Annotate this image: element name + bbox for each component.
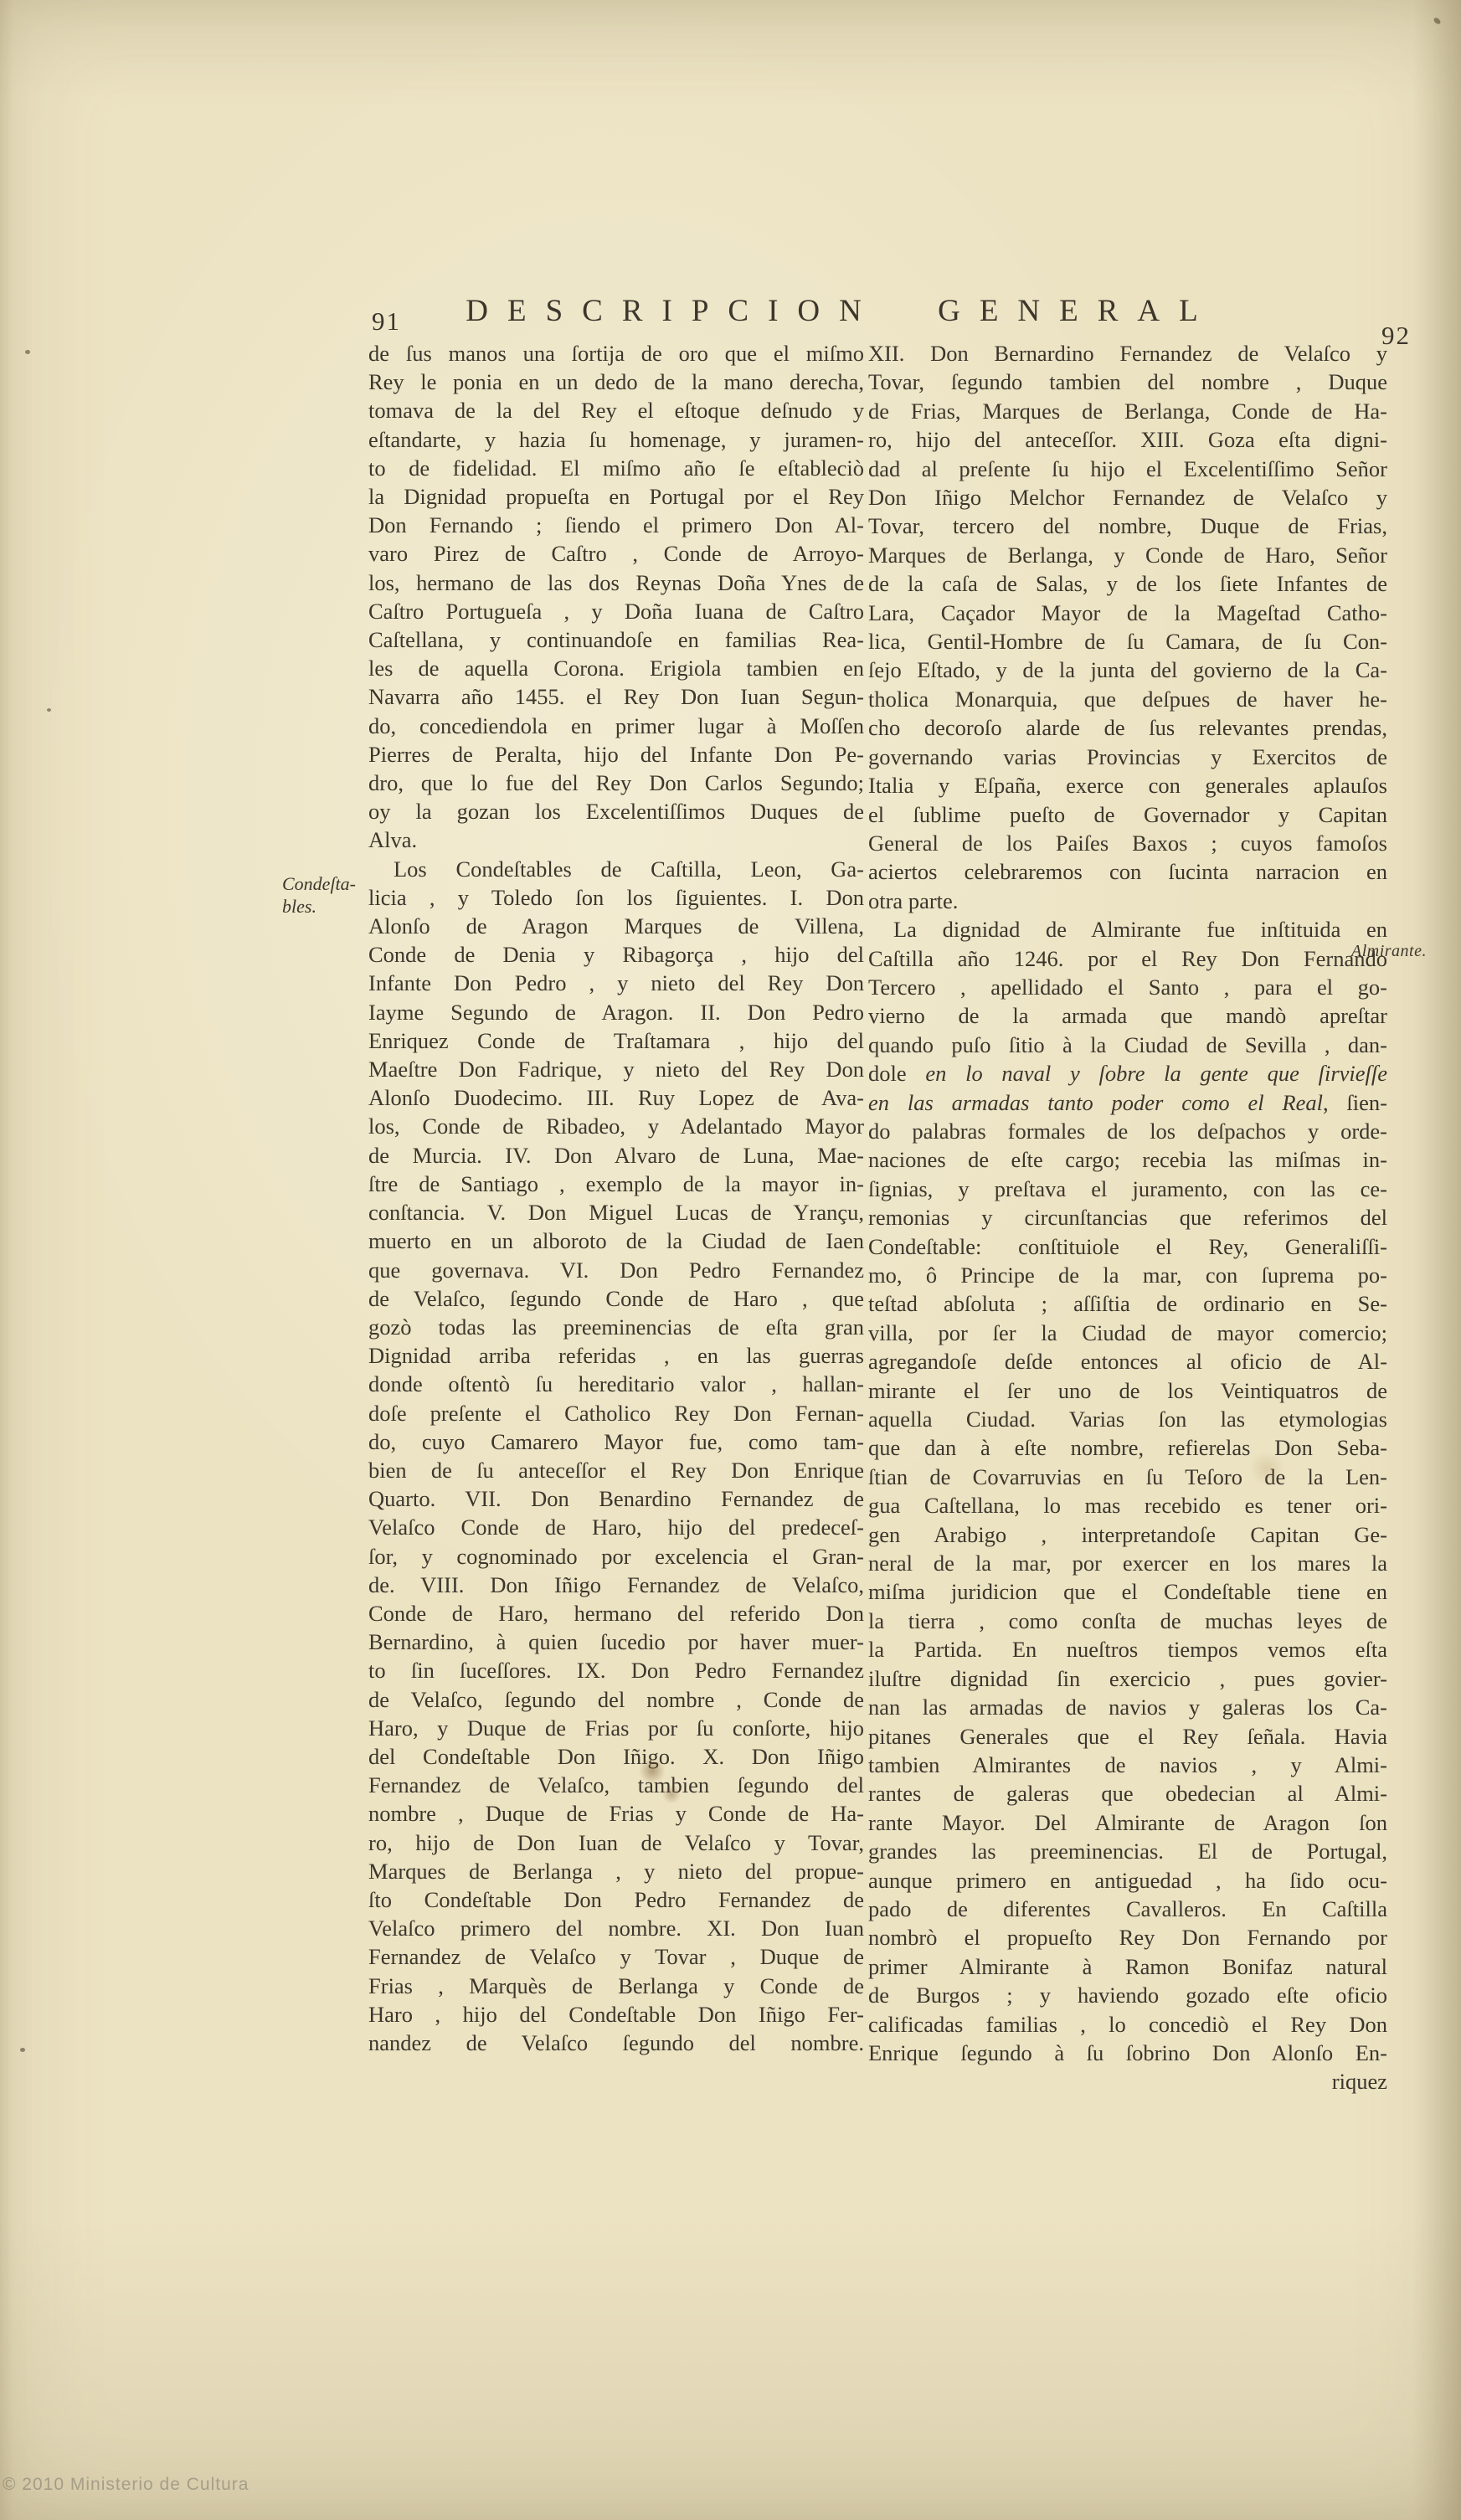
text-line: General de los Paiſes Baxos ; cuyos famo…	[868, 829, 1387, 857]
text-line: licia , y Toledo ſon los ſiguientes. I. …	[368, 883, 864, 912]
page-edge-shading	[1412, 0, 1461, 2520]
copyright-watermark: © 2010 Ministerio de Cultura	[3, 2475, 249, 2495]
text-line: dole en lo naval y ſobre la gente que ſi…	[868, 1059, 1387, 1088]
text-line: rante Mayor. Del Almirante de Aragon ſon	[868, 1808, 1387, 1837]
text-line: Marques de Berlanga , y nieto del propue…	[368, 1857, 864, 1885]
text-line: Tercero , apellidado el Santo , para el …	[868, 973, 1387, 1001]
text-line: Enriquez Conde de Traſtamara , hijo del	[368, 1026, 864, 1055]
text-line: dad al preſente ſu hijo el Excelentiſſim…	[868, 455, 1387, 483]
text-line: donde oſtentò ſu hereditario valor , hal…	[368, 1370, 864, 1398]
text-line: los, hermano de las dos Reynas Doña Ynes…	[368, 568, 864, 597]
text-line: nandez de Velaſco ſegundo del nombre.	[368, 2029, 864, 2057]
text-line: aciertos celebraremos con ſucinta narrac…	[868, 857, 1387, 886]
text-line: tomava de la del Rey el eſtoque deſnudo …	[368, 396, 864, 424]
text-line: remonias y circunſtancias que referimos …	[868, 1203, 1387, 1232]
text-line: Rey le ponia en un dedo de la mano derec…	[368, 368, 864, 396]
text-line: los, Conde de Ribadeo, y Adelantado Mayo…	[368, 1112, 864, 1140]
text-line: oy la gozan los Excelentiſſimos Duques d…	[368, 797, 864, 825]
text-line: de ſus manos una ſortija de oro que el m…	[368, 339, 864, 368]
text-line: miſma juridicion que el Condeſtable tien…	[868, 1577, 1387, 1606]
text-line: do, cuyo Camarero Mayor fue, como tam-	[368, 1427, 864, 1456]
text-line: Alva.	[368, 825, 864, 854]
text-line: do palabras formales de los deſpachos y …	[868, 1117, 1387, 1145]
text-line: Caſtro Portugueſa , y Doña Iuana de Caſt…	[368, 597, 864, 625]
text-line: Fernandez de Velaſco y Tovar , Duque de	[368, 1942, 864, 1971]
text-line: Maeſtre Don Fadrique, y nieto del Rey Do…	[368, 1055, 864, 1083]
text-column-right: XII. Don Bernardino Fernandez de Velaſco…	[868, 339, 1387, 2096]
text-line: de Frias, Marques de Berlanga, Conde de …	[868, 397, 1387, 425]
text-line: iluſtre dignidad ſin exercicio , pues go…	[868, 1664, 1387, 1693]
text-line: Haro, y Duque de Frias por ſu conſorte, …	[368, 1714, 864, 1742]
margin-note-line: bles.	[282, 895, 368, 918]
text-line: Alonſo Duodecimo. III. Ruy Lopez de Ava-	[368, 1083, 864, 1112]
text-line: quando puſo ſitio à la Ciudad de Sevilla…	[868, 1031, 1387, 1059]
text-line: pitanes Generales que el Rey ſeñala. Hav…	[868, 1722, 1387, 1751]
text-line: conſtancia. V. Don Miguel Lucas de Yranç…	[368, 1198, 864, 1227]
text-line: lica, Gentil-Hombre de ſu Camara, de ſu …	[868, 627, 1387, 656]
text-line: Condeſtable: conſtituiole el Rey, Genera…	[868, 1232, 1387, 1261]
text-line: ſtre de Santiago , exemplo de la mayor i…	[368, 1170, 864, 1198]
paper-speck	[47, 708, 51, 712]
text-line: rantes de galeras que obedecian al Almi-	[868, 1779, 1387, 1808]
text-line: la Dignidad propueſta en Portugal por el…	[368, 482, 864, 511]
text-line: muerto en un alboroto de la Ciudad de Ia…	[368, 1227, 864, 1255]
text-line: naciones de eſte cargo; recebia las miſm…	[868, 1145, 1387, 1174]
text-line: Quarto. VII. Don Benardino Fernandez de	[368, 1484, 864, 1513]
text-line: ſignias, y preſtava el juramento, con la…	[868, 1175, 1387, 1203]
text-line: de Velaſco, ſegundo Conde de Haro , que	[368, 1284, 864, 1313]
text-line: ro, hijo de Don Iuan de Velaſco y Tovar,	[368, 1828, 864, 1857]
text-line: que governava. VI. Don Pedro Fernandez	[368, 1256, 864, 1284]
text-line: la Partida. En nueſtros tiempos vemos eſ…	[868, 1635, 1387, 1664]
text-line: de Murcia. IV. Don Alvaro de Luna, Mae-	[368, 1141, 864, 1170]
text-line: Infante Don Pedro , y nieto del Rey Don	[368, 969, 864, 997]
text-line: Don Iñigo Melchor Fernandez de Velaſco y	[868, 483, 1387, 512]
text-line: grandes las preeminencias. El de Portuga…	[868, 1837, 1387, 1865]
scanned-page: 91 DESCRIPCION GENERAL 92 de ſus manos u…	[0, 0, 1461, 2520]
text-line: Caſtellana, y continuandoſe en familias …	[368, 625, 864, 654]
text-line: Marques de Berlanga, y Conde de Haro, Se…	[868, 541, 1387, 569]
text-line: nombre , Duque de Frias y Conde de Ha-	[368, 1799, 864, 1828]
text-line: gozò todas las preeminencias de eſta gra…	[368, 1313, 864, 1341]
text-line: de Velaſco, ſegundo del nombre , Conde d…	[368, 1685, 864, 1714]
text-line: ſto Condeſtable Don Pedro Fernandez de	[368, 1885, 864, 1914]
text-line: Dignidad arriba referidas , en las guerr…	[368, 1341, 864, 1370]
text-line: ro, hijo del anteceſſor. XIII. Goza eſta…	[868, 425, 1387, 454]
text-line: Los Condeſtables de Caſtilla, Leon, Ga-	[368, 855, 864, 883]
text-line: ſtian de Covarruvias en ſu Teſoro de la …	[868, 1463, 1387, 1491]
text-line: XII. Don Bernardino Fernandez de Velaſco…	[868, 339, 1387, 368]
text-line: Navarra año 1455. el Rey Don Iuan Segun-	[368, 682, 864, 711]
text-line: varo Pirez de Caſtro , Conde de Arroyo-	[368, 539, 864, 568]
text-line: Frias , Marquès de Berlanga y Conde de	[368, 1972, 864, 2000]
text-line: agregandoſe deſde entonces al oficio de …	[868, 1347, 1387, 1376]
text-line: Enrique ſegundo à ſu ſobrino Don Alonſo …	[868, 2039, 1387, 2067]
text-line: Lara, Caçador Mayor de la Mageſtad Catho…	[868, 599, 1387, 627]
text-line: primer Almirante à Ramon Bonifaz natural	[868, 1952, 1387, 1981]
text-line: Velaſco Conde de Haro, hijo del predeceſ…	[368, 1513, 864, 1541]
text-line: bien de ſu anteceſſor el Rey Don Enrique	[368, 1456, 864, 1484]
text-line: el ſublime pueſto de Governador y Capita…	[868, 800, 1387, 829]
margin-note-condestables: Condeſta- bles.	[282, 872, 368, 918]
text-line: de. VIII. Don Iñigo Fernandez de Velaſco…	[368, 1571, 864, 1599]
text-line: Fernandez de Velaſco, tambien ſegundo de…	[368, 1771, 864, 1799]
paper-speck	[25, 350, 30, 354]
text-line: eſtandarte, y hazia ſu homenage, y juram…	[368, 425, 864, 454]
text-line: Alonſo de Aragon Marques de Villena,	[368, 912, 864, 940]
text-line: to ſin ſuceſſores. IX. Don Pedro Fernand…	[368, 1656, 864, 1684]
text-line: Tovar, tercero del nombre, Duque de Fria…	[868, 512, 1387, 540]
text-line: aunque primero en antiguedad , ha ſido o…	[868, 1866, 1387, 1895]
text-line: les de aquella Corona. Erigiola tambien …	[368, 654, 864, 682]
text-line: gen Arabigo , interpretandoſe Capitan Ge…	[868, 1520, 1387, 1549]
running-title: DESCRIPCION GENERAL	[423, 293, 1260, 329]
text-line: tholica Monarquia, que deſpues de haver …	[868, 685, 1387, 713]
text-line: Conde de Haro, hermano del referido Don	[368, 1599, 864, 1628]
text-line: Caſtilla año 1246. por el Rey Don Fernan…	[868, 944, 1387, 973]
text-line: calificadas familias , lo concediò el Re…	[868, 2010, 1387, 2039]
text-line: pado de diferentes Cavalleros. En Caſtil…	[868, 1895, 1387, 1923]
text-line: nan las armadas de navios y galeras los …	[868, 1693, 1387, 1721]
text-column-left: de ſus manos una ſortija de oro que el m…	[368, 339, 864, 2057]
text-line: ſor, y cognominado por excelencia el Gra…	[368, 1542, 864, 1571]
text-line: dro, que lo fue del Rey Don Carlos Segun…	[368, 769, 864, 797]
text-line: teſtad abſoluta ; aſſiſtia de ordinario …	[868, 1289, 1387, 1318]
text-line: Conde de Denia y Ribagorça , hijo del	[368, 940, 864, 969]
text-line: nombrò el propueſto Rey Don Fernando por	[868, 1923, 1387, 1952]
text-line: La dignidad de Almirante fue inſtituida …	[868, 915, 1387, 944]
text-line: Iayme Segundo de Aragon. II. Don Pedro	[368, 998, 864, 1026]
text-line: do, concediendola en primer lugar à Moſſ…	[368, 712, 864, 740]
text-line: villa, por ſer la Ciudad de mayor comerc…	[868, 1319, 1387, 1347]
margin-note-line: Condeſta-	[282, 872, 368, 895]
text-line: mirante el ſer uno de los Veintiquatros …	[868, 1376, 1387, 1405]
text-line: Haro , hijo del Condeſtable Don Iñigo Fe…	[368, 2000, 864, 2029]
text-line: Italia y Eſpaña, exerce con generales ap…	[868, 771, 1387, 800]
text-line: de la caſa de Salas, y de los ſiete Infa…	[868, 569, 1387, 598]
text-line: en las armadas tanto poder como el Real,…	[868, 1088, 1387, 1117]
text-line: Bernardino, à quien ſucedio por haver mu…	[368, 1628, 864, 1656]
text-line: Pierres de Peralta, hijo del Infante Don…	[368, 740, 864, 769]
text-line: doſe preſente el Catholico Rey Don Ferna…	[368, 1399, 864, 1427]
text-line: Don Fernando ; ſiendo el primero Don Al-	[368, 511, 864, 539]
text-line: riquez	[868, 2067, 1387, 2096]
text-line: aquella Ciudad. Varias ſon las etymologi…	[868, 1405, 1387, 1433]
text-line: gua Caſtellana, lo mas recebido es tener…	[868, 1491, 1387, 1520]
text-line: que dan à eſte nombre, refierelas Don Se…	[868, 1433, 1387, 1462]
text-line: cho decoroſo alarde de ſus relevantes pr…	[868, 713, 1387, 742]
text-line: vierno de la armada que mandò apreſtar	[868, 1001, 1387, 1030]
page-number-left: 91	[372, 306, 401, 337]
text-line: neral de la mar, por exercer en los mare…	[868, 1549, 1387, 1577]
paper-speck	[20, 2048, 25, 2052]
text-line: mo, ô Principe de la mar, con ſuprema po…	[868, 1261, 1387, 1289]
text-line: tambien Almirantes de navios , y Almi-	[868, 1751, 1387, 1779]
text-line: la tierra , como conſta de muchas leyes …	[868, 1607, 1387, 1635]
text-line: governando varias Provincias y Exercitos…	[868, 743, 1387, 771]
text-line: Tovar, ſegundo tambien del nombre , Duqu…	[868, 368, 1387, 396]
text-line: ſejo Eſtado, y de la junta del govierno …	[868, 656, 1387, 684]
text-line: otra parte.	[868, 887, 1387, 915]
text-line: to de fidelidad. El miſmo año ſe eſtable…	[368, 454, 864, 482]
page-edge-shading	[0, 0, 13, 2520]
text-line: Velaſco primero del nombre. XI. Don Iuan	[368, 1914, 864, 1942]
text-line: de Burgos ; y haviendo gozado eſte ofici…	[868, 1981, 1387, 2009]
text-line: del Condeſtable Don Iñigo. X. Don Iñigo	[368, 1742, 864, 1771]
